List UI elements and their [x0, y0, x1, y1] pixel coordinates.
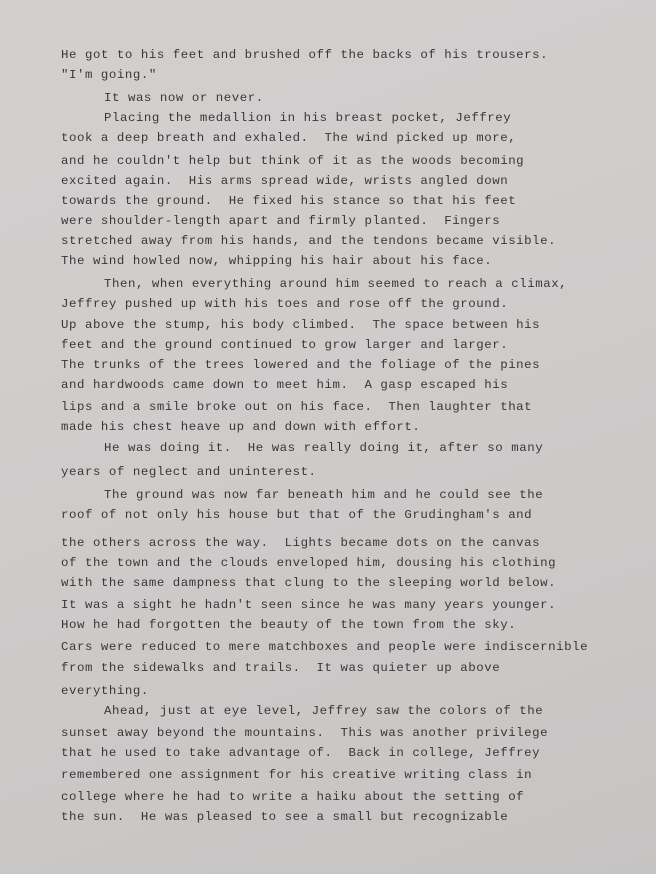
text-line: made his chest heave up and down with ef… [61, 420, 420, 434]
text-line: Then, when everything around him seemed … [104, 277, 567, 291]
text-line: remembered one assignment for his creati… [61, 768, 532, 782]
text-line: everything. [61, 684, 149, 698]
text-line: with the same dampness that clung to the… [61, 576, 556, 590]
text-line: It was a sight he hadn't seen since he w… [61, 598, 556, 612]
text-line: of the town and the clouds enveloped him… [61, 556, 556, 570]
text-line: Up above the stump, his body climbed. Th… [61, 318, 540, 332]
text-line: He was doing it. He was really doing it,… [104, 441, 543, 455]
text-line: took a deep breath and exhaled. The wind… [61, 131, 516, 145]
text-line: Cars were reduced to mere matchboxes and… [61, 640, 588, 654]
text-line: Ahead, just at eye level, Jeffrey saw th… [104, 704, 543, 718]
text-line: Jeffrey pushed up with his toes and rose… [61, 297, 508, 311]
text-line: The trunks of the trees lowered and the … [61, 358, 540, 372]
text-line: college where he had to write a haiku ab… [61, 790, 524, 804]
text-line: Placing the medallion in his breast pock… [104, 111, 511, 125]
text-line: and he couldn't help but think of it as … [61, 154, 524, 168]
text-line: "I'm going." [61, 68, 157, 82]
text-line: towards the ground. He fixed his stance … [61, 194, 516, 208]
text-line: lips and a smile broke out on his face. … [61, 400, 532, 414]
text-line: It was now or never. [104, 91, 264, 105]
text-line: the others across the way. Lights became… [61, 536, 540, 550]
text-line: were shoulder-length apart and firmly pl… [61, 214, 500, 228]
text-line: excited again. His arms spread wide, wri… [61, 174, 508, 188]
text-line: sunset away beyond the mountains. This w… [61, 726, 548, 740]
typewritten-page: He got to his feet and brushed off the b… [0, 0, 656, 874]
text-line: He got to his feet and brushed off the b… [61, 48, 548, 62]
text-line: How he had forgotten the beauty of the t… [61, 618, 516, 632]
text-line: years of neglect and uninterest. [61, 465, 317, 479]
text-line: roof of not only his house but that of t… [61, 508, 532, 522]
text-line: from the sidewalks and trails. It was qu… [61, 661, 500, 675]
text-line: The wind howled now, whipping his hair a… [61, 254, 492, 268]
text-line: feet and the ground continued to grow la… [61, 338, 508, 352]
text-line: stretched away from his hands, and the t… [61, 234, 556, 248]
text-line: The ground was now far beneath him and h… [104, 488, 543, 502]
text-line: and hardwoods came down to meet him. A g… [61, 378, 508, 392]
text-line: that he used to take advantage of. Back … [61, 746, 540, 760]
text-line: the sun. He was pleased to see a small b… [61, 810, 508, 824]
